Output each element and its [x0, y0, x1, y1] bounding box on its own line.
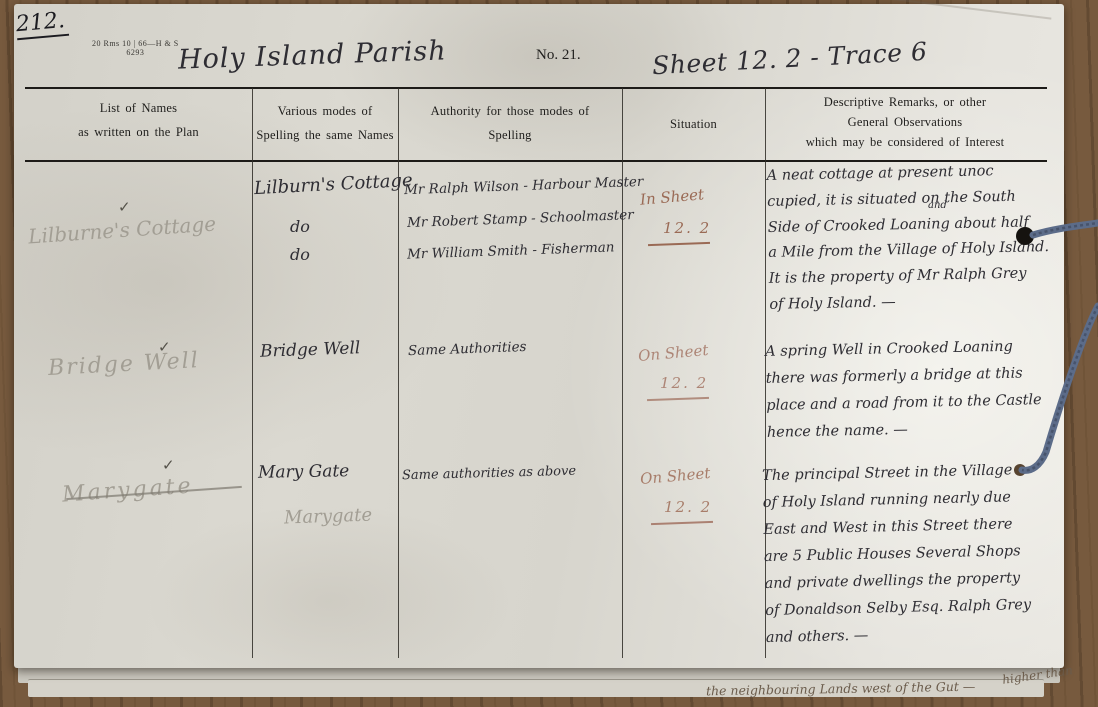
remark-line: hence the name. —: [767, 414, 1043, 447]
remarks-block: A neat cottage at present unoc cupied, i…: [766, 158, 1050, 319]
inserted-word: and: [928, 200, 947, 211]
header-top-rule: [25, 87, 1047, 89]
situation-number: 12. 2: [664, 498, 712, 516]
spelling-entry: Bridge Well: [260, 338, 361, 361]
header-line: List of Names: [25, 96, 252, 120]
spelling-entry-pencil: Marygate: [284, 504, 373, 528]
header-line: Situation: [622, 112, 765, 136]
header-line: General Observations: [765, 112, 1045, 132]
situation-number: 12. 2: [660, 374, 708, 392]
remark-line: place and a road from it to the Castle: [766, 387, 1042, 420]
column-divider-1: [252, 88, 253, 658]
remarks-block: The principal Street in the Village of H…: [762, 457, 1032, 652]
situation-number: 12. 2: [663, 219, 711, 237]
spelling-entry: Mary Gate: [258, 461, 350, 483]
printers-code-line2: 6293: [92, 48, 179, 57]
pencil-tick: ✓: [162, 456, 175, 474]
header-line: Various modes of: [252, 99, 398, 123]
remarks-block: A spring Well in Crooked Loaning there w…: [765, 333, 1043, 447]
printers-code-line1: 20 Rms 10 | 66—H & S: [92, 39, 179, 48]
header-line: Descriptive Remarks, or other: [765, 92, 1045, 112]
folio-number: 212.: [15, 8, 69, 40]
spelling-ditto: do: [290, 217, 310, 236]
printers-code: 20 Rms 10 | 66—H & S 6293: [92, 39, 179, 57]
column-header-situation: Situation: [622, 112, 765, 136]
pencil-tick: ✓: [118, 198, 131, 216]
page-number-label: No. 21.: [536, 47, 581, 64]
header-line: Spelling: [398, 123, 622, 147]
spelling-ditto: do: [290, 245, 310, 264]
header-line: as written on the Plan: [25, 120, 252, 144]
header-line: which may be considered of Interest: [765, 132, 1045, 152]
header-line: Authority for those modes of: [398, 99, 622, 123]
header-line: Spelling the same Names: [252, 123, 398, 147]
column-header-authority: Authority for those modes of Spelling: [398, 99, 622, 147]
scanned-name-book-page: 212. 20 Rms 10 | 66—H & S 6293 Holy Isla…: [0, 0, 1098, 707]
column-header-remarks: Descriptive Remarks, or other General Ob…: [765, 92, 1045, 152]
column-header-names: List of Names as written on the Plan: [25, 96, 252, 144]
column-header-spelling: Various modes of Spelling the same Names: [252, 99, 398, 147]
